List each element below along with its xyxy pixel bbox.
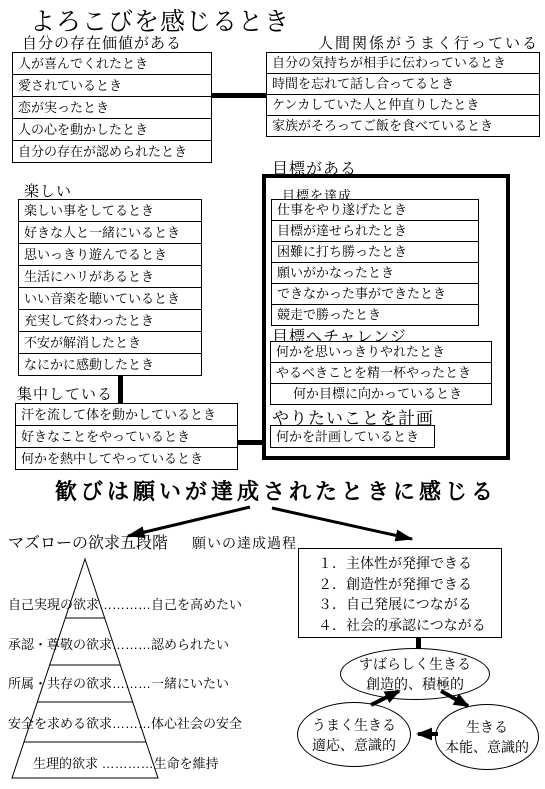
pyramid-outline xyxy=(12,559,158,778)
oval-line: うまく生きる xyxy=(312,715,396,735)
achievement-point: ４．社会的承認につながる xyxy=(299,615,501,636)
list-item: ケンカしていた人と仲直りしたとき xyxy=(267,95,539,116)
connector-selfworth-relationships xyxy=(211,93,266,98)
achievement-points-box: １．主体性が発揮できる ２．創造性が発揮できる ３．自己発展につながる ４．社会… xyxy=(298,548,502,638)
oval-line: 創造的、積極的 xyxy=(366,674,464,694)
central-phrase: 歓びは願いが達成されたときに感じる xyxy=(55,475,497,506)
list-item: 何か目標に向かっているとき xyxy=(271,384,491,404)
maslow-label: マズローの欲求五段階 xyxy=(8,530,168,553)
list-item: 人の心を動かしたとき xyxy=(13,119,211,141)
maslow-level: 自己実現の欲求…………自己を高めたい xyxy=(8,594,242,613)
list-item: 思いっきり遊んでるとき xyxy=(19,244,201,266)
list-item: 好きな人と一緒にいるとき xyxy=(19,222,201,244)
list-item: 何かを計画しているとき xyxy=(271,426,434,447)
list-item: 願いがかなったとき xyxy=(272,263,478,284)
achievement-point: ２．創造性が発揮できる xyxy=(299,574,501,595)
list-item: 何かを熱中してやっているとき xyxy=(16,448,237,469)
relationships-label: 人間関係がうまく行っている xyxy=(318,32,539,53)
list-item: 恋が実ったとき xyxy=(13,97,211,119)
joy-mindmap-page: よろこびを感じるとき 自分の存在価値がある 人が喜んでくれたとき 愛されていると… xyxy=(0,0,545,789)
list-item: 自分の気持ちが相手に伝わっているとき xyxy=(267,53,539,74)
achievement-point: ３．自己発展につながる xyxy=(299,594,501,615)
fun-box: 楽しい事をしてるとき 好きな人と一緒にいるとき 思いっきり遊んでるとき 生活にハ… xyxy=(18,199,202,376)
list-item: 仕事をやり遂げたとき xyxy=(272,200,478,221)
list-item: 自分の存在が認められたとき xyxy=(13,141,211,162)
connector-fun-focus xyxy=(118,376,123,404)
list-item: 競走で勝ったとき xyxy=(272,305,478,325)
list-item: 目標が達せられたとき xyxy=(272,221,478,242)
cycle-oval-well: うまく生きる 適応、意識的 xyxy=(297,702,411,767)
goal-challenge-box: 何かを思いっきりやれたとき やるべきことを精一杯やったとき 何か目標に向かってい… xyxy=(270,341,492,405)
list-item: やるべきことを精一杯やったとき xyxy=(271,363,491,384)
cycle-oval-live: 生きる 本能、意識的 xyxy=(435,704,539,770)
list-item: 家族がそろってご飯を食べているとき xyxy=(267,116,539,136)
oval-line: 生きる xyxy=(466,717,508,737)
maslow-level: 承認・尊敬の欲求………認められたい xyxy=(8,634,229,653)
list-item: 充実して終わったとき xyxy=(19,310,201,332)
list-item: 不安が解消したとき xyxy=(19,332,201,354)
self-worth-label: 自分の存在価値がある xyxy=(22,32,182,53)
oval-line: すばらしく生きる xyxy=(359,654,471,674)
oval-line: 本能、意識的 xyxy=(445,737,529,757)
list-item: できなかった事ができたとき xyxy=(272,284,478,305)
connector-focus-goals xyxy=(237,440,262,445)
list-item: 人が喜んでくれたとき xyxy=(13,53,211,75)
maslow-level: 所属・共存の欲求………一緒にいたい xyxy=(8,673,229,692)
goal-achieve-box: 仕事をやり遂げたとき 目標が達せられたとき 困難に打ち勝ったとき 願いがかなった… xyxy=(271,199,479,326)
self-worth-box: 人が喜んでくれたとき 愛されているとき 恋が実ったとき 人の心を動かしたとき 自… xyxy=(12,52,212,163)
oval-line: 適応、意識的 xyxy=(312,735,396,755)
list-item: 楽しい事をしてるとき xyxy=(19,200,201,222)
process-label: 願いの達成過程 xyxy=(192,533,297,553)
list-item: 生活にハリがあるとき xyxy=(19,266,201,288)
list-item: いい音楽を聴いているとき xyxy=(19,288,201,310)
list-item: 時間を忘れて話し合ってるとき xyxy=(267,74,539,95)
relationships-box: 自分の気持ちが相手に伝わっているとき 時間を忘れて話し合ってるとき ケンカしてい… xyxy=(266,52,540,137)
list-item: 好きなことをやっているとき xyxy=(16,426,237,448)
maslow-level: 生理的欲求 …………生命を維持 xyxy=(33,753,219,772)
list-item: なにかに感動したとき xyxy=(19,354,201,375)
focus-box: 汗を流して体を動かしているとき 好きなことをやっているとき 何かを熱中してやって… xyxy=(15,403,238,470)
list-item: 愛されているとき xyxy=(13,75,211,97)
list-item: 困難に打ち勝ったとき xyxy=(272,242,478,263)
focus-label: 集中している xyxy=(17,383,113,404)
achievement-point: １．主体性が発揮できる xyxy=(299,553,501,574)
goal-plan-box: 何かを計画しているとき xyxy=(270,425,435,448)
cycle-oval-splendid: すばらしく生きる 創造的、積極的 xyxy=(340,648,490,700)
list-item: 汗を流して体を動かしているとき xyxy=(16,404,237,426)
list-item: 何かを思いっきりやれたとき xyxy=(271,342,491,363)
maslow-level: 安全を求める欲求………体心社会の安全 xyxy=(8,713,242,732)
fun-label: 楽しい xyxy=(24,180,72,201)
